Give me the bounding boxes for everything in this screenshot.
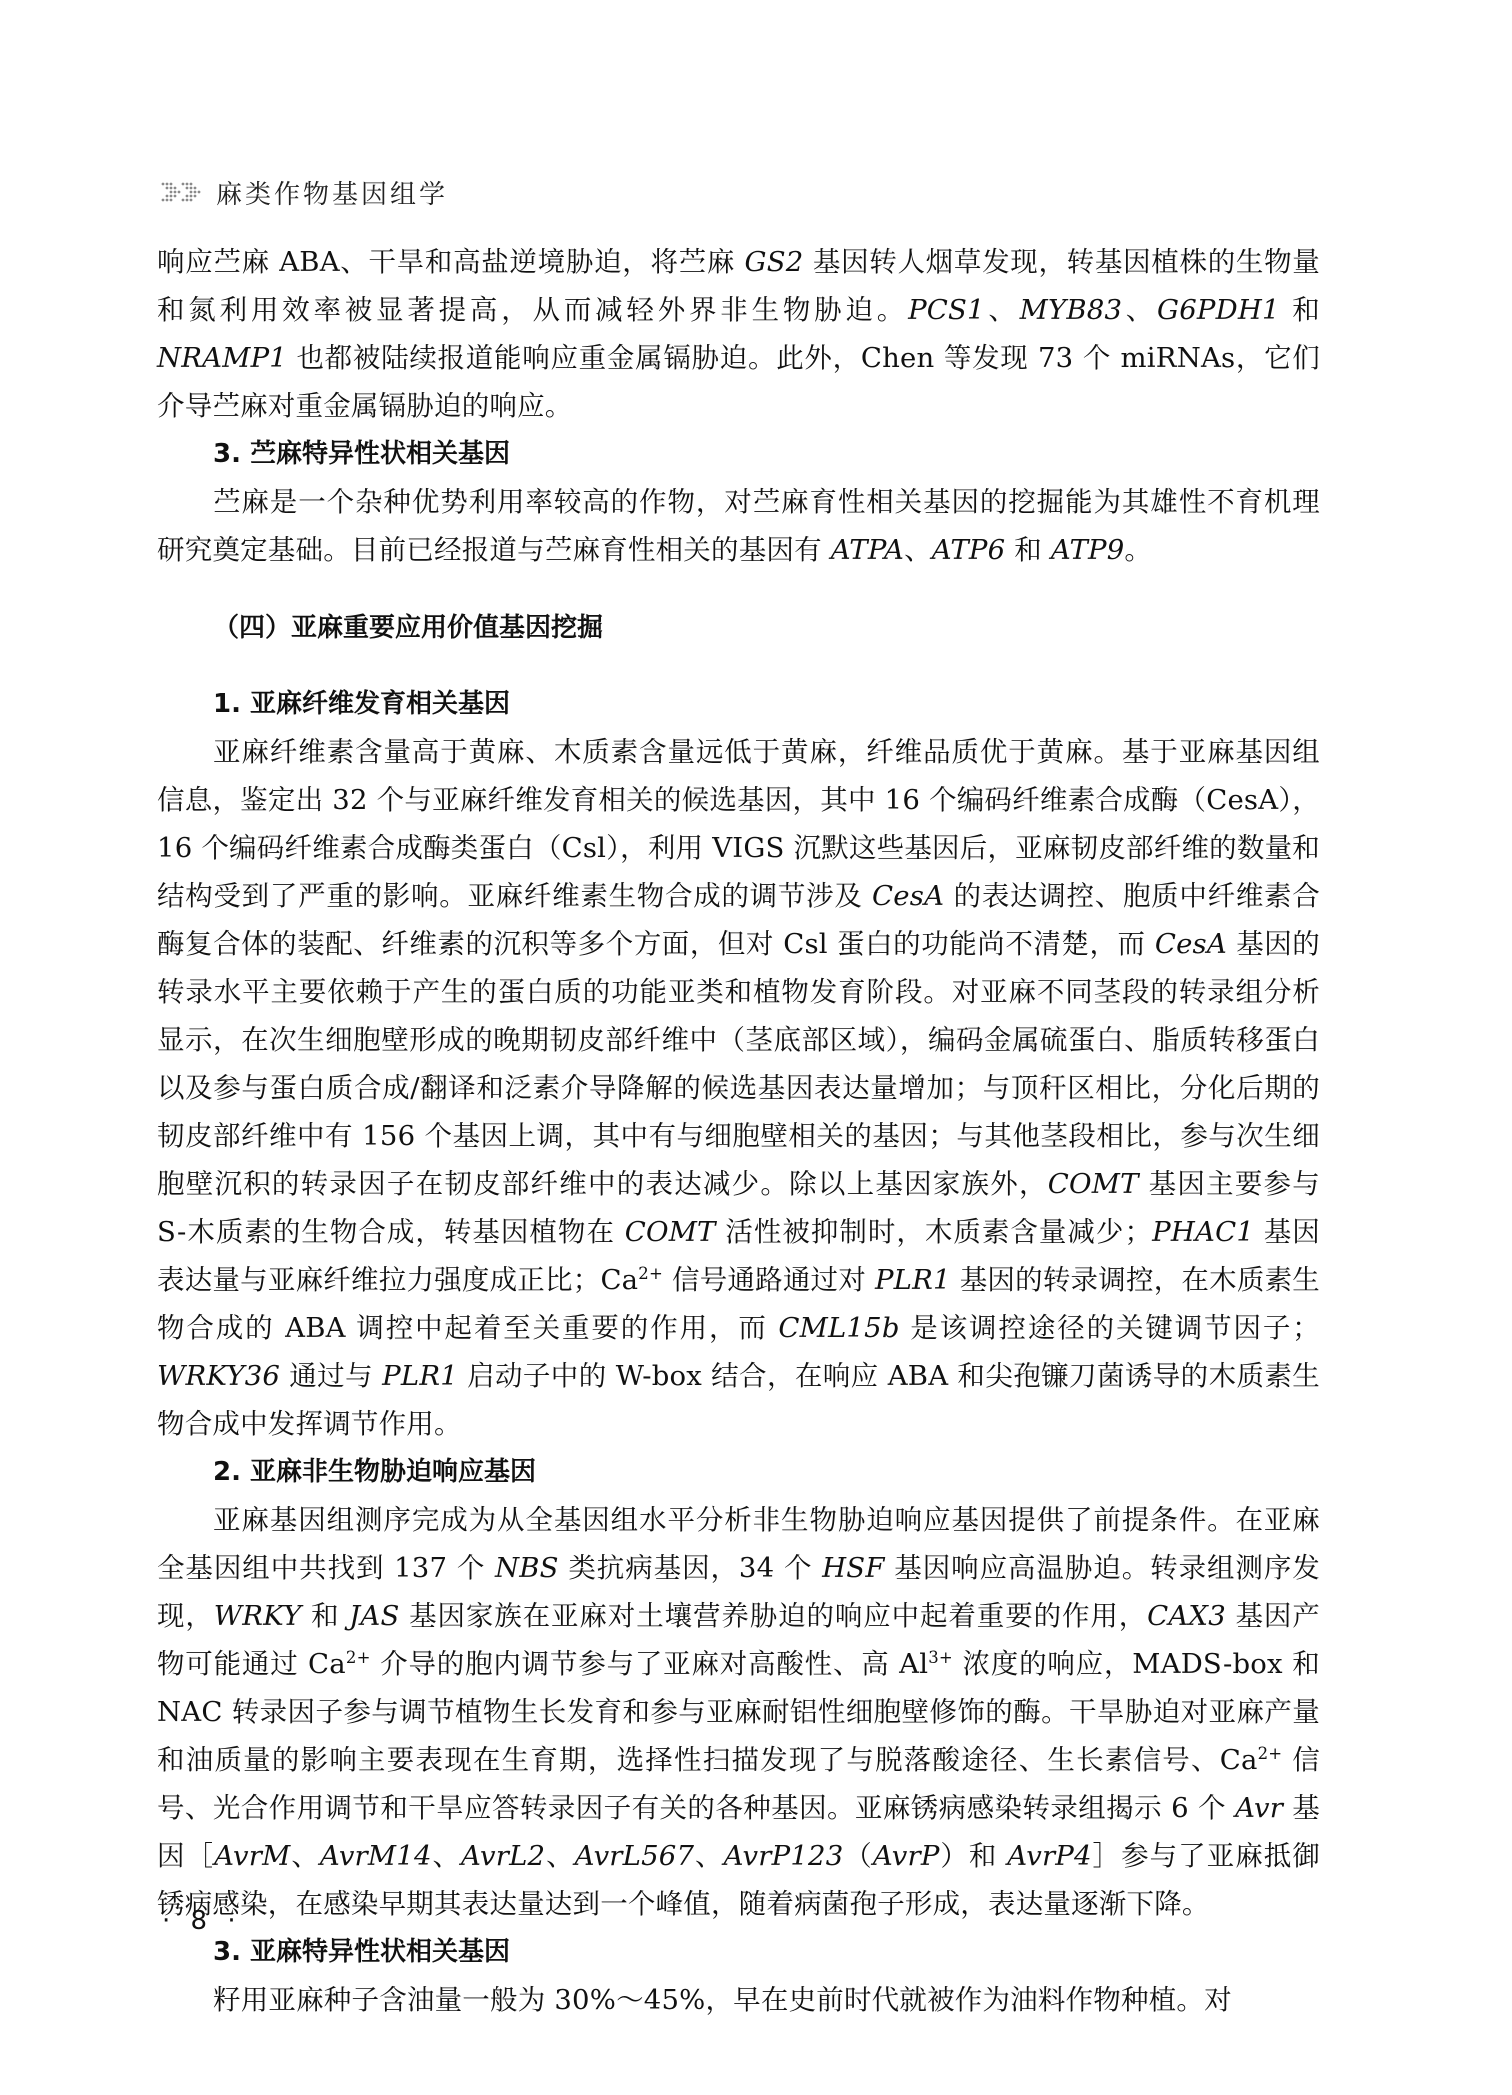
gene-name: CML15b (778, 1312, 899, 1344)
superscript: 2+ (346, 1648, 371, 1667)
gene-name: AvrL567 (575, 1840, 695, 1872)
paragraph-flax-stress: 亚麻基因组测序完成为从全基因组水平分析非生物胁迫响应基因提供了前提条件。在亚麻全… (157, 1496, 1320, 1928)
gene-name: COMT (1048, 1168, 1139, 1200)
double-chevron-dots-icon (160, 181, 204, 203)
gene-name: COMT (625, 1216, 716, 1248)
gene-name: WRKY36 (157, 1360, 280, 1392)
gene-name: HSF (822, 1552, 885, 1584)
page-number: · 8 · (162, 1906, 242, 1936)
gene-name: JAS (349, 1600, 399, 1632)
gene-name: ATP9 (1051, 534, 1125, 566)
paragraph-flax-oil: 籽用亚麻种子含油量一般为 30%～45%，早在史前时代就被作为油料作物种植。对 (157, 1976, 1320, 2024)
paragraph-ramie-stress: 响应苎麻 ABA、干旱和高盐逆境胁迫，将苎麻 GS2 基因转人烟草发现，转基因植… (157, 238, 1320, 430)
superscript: 2+ (638, 1264, 663, 1283)
gene-name: CesA (1155, 928, 1227, 960)
gene-name: PCS1 (908, 294, 985, 326)
running-head: 麻类作物基因组学 (160, 172, 448, 212)
subheading-ramie-specific-traits: 3. 苎麻特异性状相关基因 (157, 430, 1320, 478)
gene-name: Avr (1235, 1792, 1283, 1824)
page-body: 响应苎麻 ABA、干旱和高盐逆境胁迫，将苎麻 GS2 基因转人烟草发现，转基因植… (157, 238, 1320, 2024)
gene-name: AvrM14 (320, 1840, 432, 1872)
gene-name: ATPA (831, 534, 904, 566)
gene-name: AvrP123 (724, 1840, 844, 1872)
gene-name: NRAMP1 (157, 342, 287, 374)
superscript: 2+ (1258, 1744, 1283, 1763)
superscript: 3+ (928, 1648, 953, 1667)
gene-name: PLR1 (875, 1264, 951, 1296)
paragraph-ramie-fertility: 苎麻是一个杂种优势利用率较高的作物，对苎麻育性相关基因的挖掘能为其雄性不育机理研… (157, 478, 1320, 574)
book-title: 麻类作物基因组学 (216, 174, 448, 211)
gene-name: NBS (495, 1552, 559, 1584)
gene-name: ATP6 (932, 534, 1006, 566)
subheading-flax-abiotic-stress: 2. 亚麻非生物胁迫响应基因 (157, 1448, 1320, 1496)
paragraph-flax-fiber: 亚麻纤维素含量高于黄麻、木质素含量远低于黄麻，纤维品质优于黄麻。基于亚麻基因组信… (157, 728, 1320, 1448)
subheading-flax-fiber: 1. 亚麻纤维发育相关基因 (157, 680, 1320, 728)
gene-name: CesA (872, 880, 944, 912)
gene-name: G6PDH1 (1157, 294, 1280, 326)
gene-name: AvrP4 (1007, 1840, 1091, 1872)
gene-name: AvrP (873, 1840, 940, 1872)
section-heading-flax: （四）亚麻重要应用价值基因挖掘 (157, 604, 1320, 652)
gene-name: CAX3 (1147, 1600, 1226, 1632)
gene-name: PHAC1 (1152, 1216, 1254, 1248)
gene-name: MYB83 (1020, 294, 1123, 326)
gene-name: PLR1 (382, 1360, 458, 1392)
gene-name: AvrM (214, 1840, 290, 1872)
subheading-flax-specific-traits: 3. 亚麻特异性状相关基因 (157, 1928, 1320, 1976)
gene-name: WRKY (214, 1600, 302, 1632)
gene-name: AvrL2 (461, 1840, 545, 1872)
gene-name: GS2 (745, 246, 804, 278)
